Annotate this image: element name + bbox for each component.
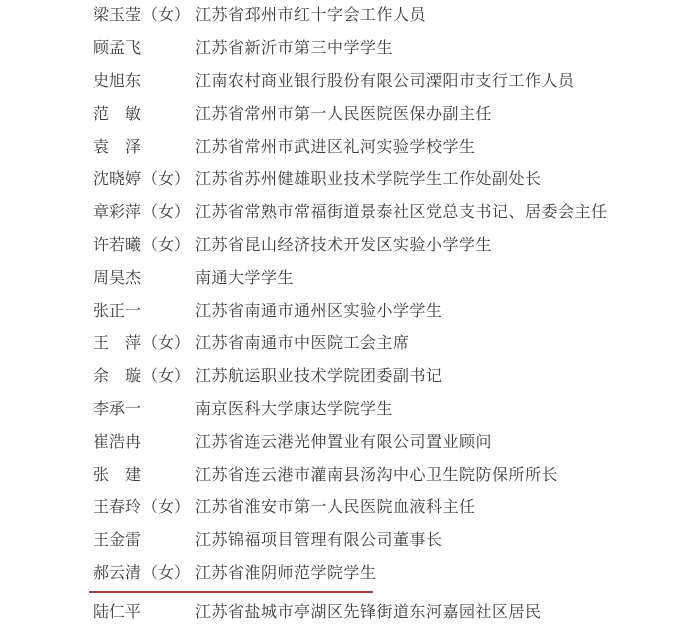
person-name: 沈晓婷 — [93, 172, 142, 188]
person-name: 郝云清 — [93, 566, 142, 582]
person-description: 江苏省昆山经济技术开发区实验小学学生 — [195, 238, 492, 254]
person-description: 江苏省南通市中医院工会主席 — [195, 336, 410, 352]
list-item: 周昊杰 南通大学学生 — [93, 262, 681, 295]
list-item: 张正一 江苏省南通市通州区实验小学学生 — [93, 295, 681, 328]
person-description: 江苏航运职业技术学院团委副书记 — [195, 369, 443, 385]
person-description: 江苏省淮安市第一人民医院血液科主任 — [195, 500, 476, 516]
person-name: 顾孟飞 — [93, 41, 142, 57]
list-item: 郝云清 （女） 江苏省淮阴师范学院学生 — [93, 558, 681, 591]
list-item: 沈晓婷 （女） 江苏省苏州健雄职业技术学院学生工作处副处长 — [93, 164, 681, 197]
gender-marker: （女） — [142, 500, 195, 516]
gender-marker: （女） — [142, 369, 195, 385]
honor-list-document: 梁玉莹 （女） 江苏省邳州市红十字会工作人员 顾孟飞 江苏省新沂市第三中学学生 … — [0, 0, 681, 625]
list-item: 王春玲 （女） 江苏省淮安市第一人民医院血液科主任 — [93, 492, 681, 525]
gender-marker: （女） — [142, 566, 195, 582]
person-name: 王金雷 — [93, 533, 142, 549]
list-item: 张 建 江苏省连云港市灌南县汤沟中心卫生院防保所所长 — [93, 459, 681, 492]
list-item: 李承一 南京医科大学康达学院学生 — [93, 394, 681, 427]
person-name: 范 敏 — [93, 107, 142, 123]
person-name: 章彩萍 — [93, 205, 142, 221]
person-description: 江苏锦福项目管理有限公司董事长 — [195, 533, 443, 549]
list-item: 许若曦 （女） 江苏省昆山经济技术开发区实验小学学生 — [93, 230, 681, 263]
list-item: 顾孟飞 江苏省新沂市第三中学学生 — [93, 33, 681, 66]
person-name: 陆仁平 — [93, 605, 142, 621]
person-name: 梁玉莹 — [93, 8, 142, 24]
person-description: 江苏省邳州市红十字会工作人员 — [195, 8, 426, 24]
person-description: 江苏省连云港光伸置业有限公司置业顾问 — [195, 435, 492, 451]
gender-marker: （女） — [142, 172, 195, 188]
list-item: 崔浩冉 江苏省连云港光伸置业有限公司置业顾问 — [93, 426, 681, 459]
person-description: 江苏省常熟市常福街道景泰社区党总支书记、居委会主任 — [195, 205, 608, 221]
person-name: 余 璇 — [93, 369, 142, 385]
person-name: 袁 泽 — [93, 140, 142, 156]
person-description: 南通大学学生 — [195, 271, 294, 287]
person-name: 史旭东 — [93, 74, 142, 90]
person-description: 江苏省南通市通州区实验小学学生 — [195, 304, 443, 320]
person-description: 江苏省盐城市亭湖区先锋街道东河嘉园社区居民 — [195, 605, 542, 621]
person-description: 江苏省常州市武进区礼河实验学校学生 — [195, 140, 476, 156]
list-item: 陆仁平 江苏省盐城市亭湖区先锋街道东河嘉园社区居民 — [93, 596, 681, 625]
person-name: 崔浩冉 — [93, 435, 142, 451]
person-name: 张 建 — [93, 468, 142, 484]
person-name: 周昊杰 — [93, 271, 142, 287]
gender-marker: （女） — [142, 205, 195, 221]
list-item: 王 萍 （女） 江苏省南通市中医院工会主席 — [93, 328, 681, 361]
person-description: 江苏省淮阴师范学院学生 — [195, 566, 377, 582]
honor-list: 梁玉莹 （女） 江苏省邳州市红十字会工作人员 顾孟飞 江苏省新沂市第三中学学生 … — [93, 0, 681, 625]
person-description: 江苏省苏州健雄职业技术学院学生工作处副处长 — [195, 172, 542, 188]
person-description: 南京医科大学康达学院学生 — [195, 402, 393, 418]
gender-marker: （女） — [142, 238, 195, 254]
person-description: 江南农村商业银行股份有限公司溧阳市支行工作人员 — [195, 74, 575, 90]
list-item: 史旭东 江南农村商业银行股份有限公司溧阳市支行工作人员 — [93, 66, 681, 99]
person-name: 王 萍 — [93, 336, 142, 352]
list-item: 王金雷 江苏锦福项目管理有限公司董事长 — [93, 525, 681, 558]
gender-marker: （女） — [142, 8, 195, 24]
person-name: 王春玲 — [93, 500, 142, 516]
person-description: 江苏省连云港市灌南县汤沟中心卫生院防保所所长 — [195, 468, 558, 484]
list-item: 余 璇 （女） 江苏航运职业技术学院团委副书记 — [93, 361, 681, 394]
person-name: 张正一 — [93, 304, 142, 320]
person-description: 江苏省常州市第一人民医院医保办副主任 — [195, 107, 492, 123]
gender-marker: （女） — [142, 336, 195, 352]
person-description: 江苏省新沂市第三中学学生 — [195, 41, 393, 57]
person-name: 许若曦 — [93, 238, 142, 254]
list-item: 范 敏 江苏省常州市第一人民医院医保办副主任 — [93, 98, 681, 131]
red-underline — [89, 591, 373, 593]
list-item: 袁 泽 江苏省常州市武进区礼河实验学校学生 — [93, 131, 681, 164]
list-item: 梁玉莹 （女） 江苏省邳州市红十字会工作人员 — [93, 0, 681, 33]
list-item: 章彩萍 （女） 江苏省常熟市常福街道景泰社区党总支书记、居委会主任 — [93, 197, 681, 230]
person-name: 李承一 — [93, 402, 142, 418]
